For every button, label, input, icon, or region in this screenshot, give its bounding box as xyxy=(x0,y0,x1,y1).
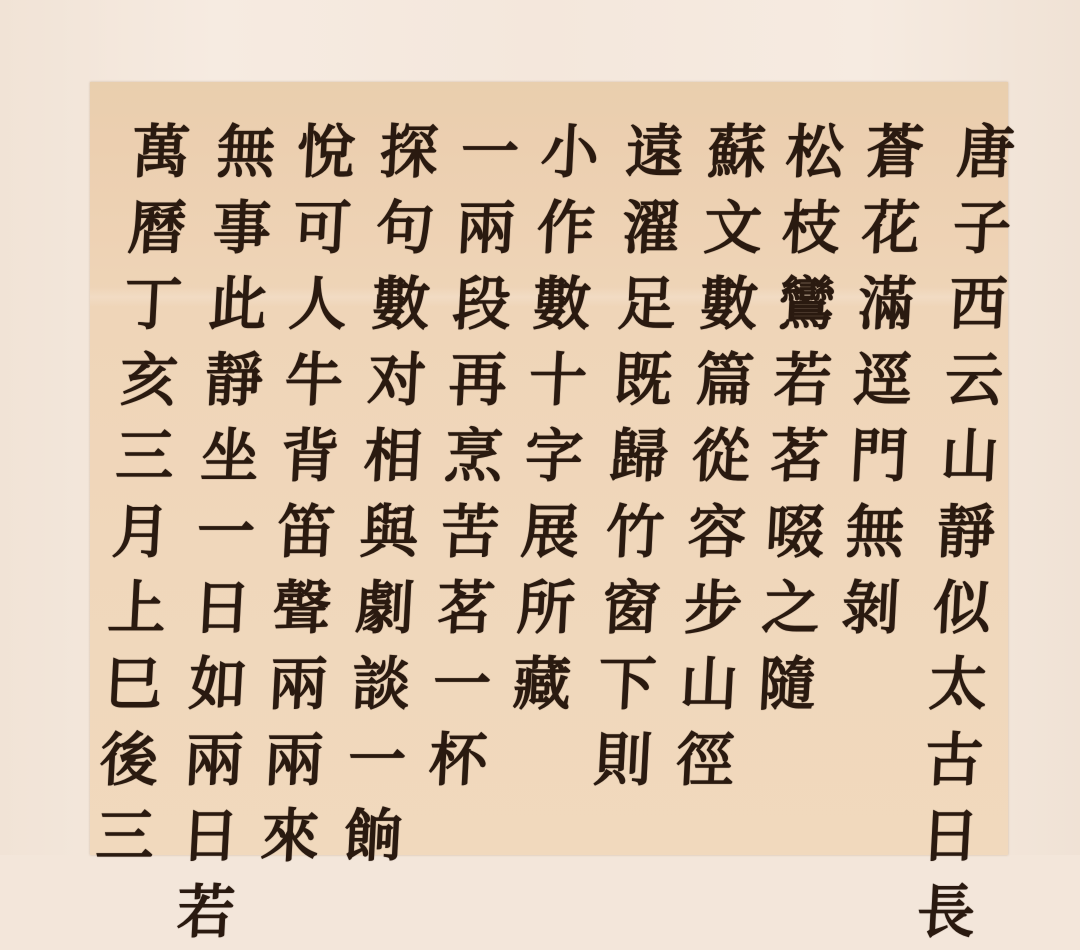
calligraphy-character: 蒼 xyxy=(864,114,926,190)
calligraphy-character: 滿 xyxy=(856,266,918,342)
calligraphy-character: 啜 xyxy=(764,494,826,570)
calligraphy-character: 與 xyxy=(358,494,420,570)
calligraphy-character: 足 xyxy=(616,266,678,342)
calligraphy-character: 無 xyxy=(215,114,277,190)
calligraphy-character: 濯 xyxy=(620,190,682,266)
calligraphy-character: 數 xyxy=(370,266,432,342)
calligraphy-character: 數 xyxy=(531,266,593,342)
calligraphy-character: 兩 xyxy=(455,190,517,266)
calligraphy-character: 歸 xyxy=(608,418,670,494)
calligraphy-character: 西 xyxy=(947,266,1009,342)
calligraphy-character: 萬 xyxy=(130,114,192,190)
calligraphy-character: 背 xyxy=(279,418,341,494)
calligraphy-character: 若 xyxy=(772,342,834,418)
calligraphy-character: 枝 xyxy=(780,190,842,266)
calligraphy-character: 日 xyxy=(191,570,253,646)
calligraphy-character: 展 xyxy=(519,494,581,570)
calligraphy-character: 再 xyxy=(447,342,509,418)
calligraphy-character: 靜 xyxy=(935,494,997,570)
calligraphy-character: 容 xyxy=(686,494,748,570)
calligraphy-character: 探 xyxy=(378,114,440,190)
calligraphy-character: 一 xyxy=(195,494,257,570)
calligraphy-character: 遠 xyxy=(624,114,686,190)
calligraphy-character: 小 xyxy=(539,114,601,190)
calligraphy-character: 事 xyxy=(211,190,273,266)
calligraphy-character: 似 xyxy=(931,570,993,646)
calligraphy-character: 談 xyxy=(350,646,412,722)
calligraphy-character: 花 xyxy=(860,190,922,266)
calligraphy-character: 牛 xyxy=(283,342,345,418)
scroll-mount: 唐子西云山靜似太古日長 蒼花滿逕門無剝 松枝鸞若茗啜之隨 蘇文數篇從容步山徑 遠… xyxy=(0,0,1080,855)
calligraphy-character: 亥 xyxy=(118,342,180,418)
calligraphy-character: 烹 xyxy=(443,418,505,494)
calligraphy-character: 日 xyxy=(179,798,241,855)
calligraphy-character: 徑 xyxy=(674,722,736,798)
calligraphy-character: 日 xyxy=(919,798,981,855)
calligraphy-character: 鸞 xyxy=(776,266,838,342)
calligraphy-character: 三 xyxy=(94,798,156,855)
calligraphy-character: 一 xyxy=(431,646,493,722)
calligraphy-character: 对 xyxy=(366,342,428,418)
calligraphy-character: 一 xyxy=(459,114,521,190)
calligraphy-character: 一 xyxy=(346,722,408,798)
calligraphy-character: 上 xyxy=(106,570,168,646)
calligraphy-character: 兩 xyxy=(263,722,325,798)
calligraphy-character: 茗 xyxy=(435,570,497,646)
calligraphy-character: 苦 xyxy=(439,494,501,570)
calligraphy-character: 山 xyxy=(678,646,740,722)
calligraphy-character: 藏 xyxy=(511,646,573,722)
calligraphy-character: 坐 xyxy=(199,418,261,494)
calligraphy-character: 劇 xyxy=(354,570,416,646)
calligraphy-paper: 唐子西云山靜似太古日長 蒼花滿逕門無剝 松枝鸞若茗啜之隨 蘇文數篇從容步山徑 遠… xyxy=(90,82,1008,855)
calligraphy-character: 太 xyxy=(927,646,989,722)
calligraphy-character: 唐 xyxy=(955,114,1017,190)
calligraphy-character: 從 xyxy=(690,418,752,494)
calligraphy-character: 茗 xyxy=(768,418,830,494)
calligraphy-character: 既 xyxy=(612,342,674,418)
calligraphy-character: 古 xyxy=(923,722,985,798)
calligraphy-character: 步 xyxy=(682,570,744,646)
calligraphy-character: 字 xyxy=(523,418,585,494)
calligraphy-character: 段 xyxy=(451,266,513,342)
calligraphy-character: 笛 xyxy=(275,494,337,570)
calligraphy-character: 子 xyxy=(951,190,1013,266)
calligraphy-character: 文 xyxy=(702,190,764,266)
calligraphy-character: 作 xyxy=(535,190,597,266)
calligraphy-character: 聲 xyxy=(271,570,333,646)
calligraphy-character: 十 xyxy=(527,342,589,418)
calligraphy-character: 曆 xyxy=(126,190,188,266)
calligraphy-character: 句 xyxy=(374,190,436,266)
calligraphy-character: 兩 xyxy=(183,722,245,798)
calligraphy-character: 兩 xyxy=(267,646,329,722)
calligraphy-character: 逕 xyxy=(852,342,914,418)
calligraphy-character: 靜 xyxy=(203,342,265,418)
calligraphy-character: 則 xyxy=(592,722,654,798)
calligraphy-character: 云 xyxy=(943,342,1005,418)
calligraphy-character: 山 xyxy=(939,418,1001,494)
calligraphy-character: 相 xyxy=(362,418,424,494)
calligraphy-character: 三 xyxy=(114,418,176,494)
calligraphy-character: 月 xyxy=(110,494,172,570)
calligraphy-character: 蘇 xyxy=(706,114,768,190)
calligraphy-character: 篇 xyxy=(694,342,756,418)
calligraphy-character: 後 xyxy=(98,722,160,798)
calligraphy-character: 來 xyxy=(259,798,321,855)
calligraphy-character: 無 xyxy=(844,494,906,570)
calligraphy-character: 人 xyxy=(287,266,349,342)
calligraphy-character: 數 xyxy=(698,266,760,342)
calligraphy-character: 窗 xyxy=(600,570,662,646)
calligraphy-character: 隨 xyxy=(756,646,818,722)
calligraphy-character: 門 xyxy=(848,418,910,494)
calligraphy-character: 巳 xyxy=(102,646,164,722)
calligraphy-character: 餉 xyxy=(342,798,404,855)
calligraphy-character: 悅 xyxy=(295,114,357,190)
calligraphy-character: 剝 xyxy=(840,570,902,646)
calligraphy-character: 竹 xyxy=(604,494,666,570)
calligraphy-character: 丁 xyxy=(122,266,184,342)
calligraphy-character: 下 xyxy=(596,646,658,722)
calligraphy-character: 可 xyxy=(291,190,353,266)
calligraphy-character: 之 xyxy=(760,570,822,646)
calligraphy-character: 杯 xyxy=(427,722,489,798)
calligraphy-character: 此 xyxy=(207,266,269,342)
calligraphy-character: 松 xyxy=(784,114,846,190)
calligraphy-character: 如 xyxy=(187,646,249,722)
calligraphy-character: 所 xyxy=(515,570,577,646)
